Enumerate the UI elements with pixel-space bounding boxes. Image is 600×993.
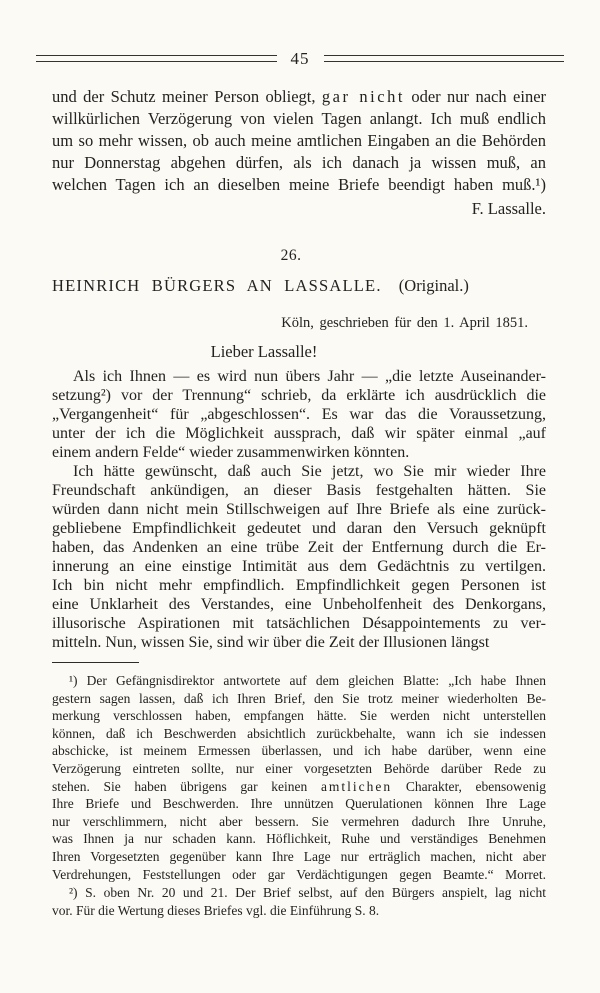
text-line: welchen Tagen ich an dieselben meine Bri… [52,174,546,196]
text-line: abschicke, ist meinem Ermessen überlasse… [52,742,546,760]
text-line: Ich hätte gewünscht, daß auch Sie jetzt,… [52,462,546,481]
text-line: einem andern Felde“ wieder zusammenwirke… [52,443,546,462]
text-line: merkung verschlossen haben, empfangen hä… [52,707,546,725]
text-line: ¹) Der Gefängnisdirektor antwortete auf … [52,672,546,690]
text-line: Verzögerung eintreten sollte, nur einer … [52,760,546,778]
text-segment: und der Schutz meiner Person obliegt, [52,87,322,106]
heading-title: HEINRICH BÜRGERS AN LASSALLE. [52,276,382,295]
salutation: Lieber Lassalle! [52,342,476,362]
letterspaced-text: amtlichen [321,779,392,794]
text-line: Ich bin nicht mehr empfindlich. Empfindl… [52,576,546,595]
text-line: haben, das Andenken an eine trübe Zeit d… [52,538,546,557]
footnote-1: ¹) Der Gefängnisdirektor antwortete auf … [52,672,546,883]
footnote-separator-rule [52,662,139,663]
letter-continuation-paragraph: und der Schutz meiner Person obliegt, ga… [52,86,546,196]
text-line: Als ich Ihnen — es wird nun übers Jahr —… [52,367,546,386]
letter-paragraph-2: Ich hätte gewünscht, daß auch Sie jetzt,… [52,462,546,652]
text-line: gestern sagen lassen, daß ich Ihren Brie… [52,690,546,708]
text-segment: stehen. Sie haben übrigens gar keinen [52,779,321,794]
text-segment: oder nur nach einer [405,87,546,106]
text-line: Verdrehungen, Feststellungen oder gar Ve… [52,866,546,884]
text-line: unter der ich die Möglichkeit aussprach,… [52,424,546,443]
text-line: eine Unklarheit des Verstandes, eine Unb… [52,595,546,614]
text-line: gebliebene Empfindlichkeit gedeutet und … [52,519,546,538]
letterspaced-text: gar nicht [322,87,405,106]
text-line: ²) S. oben Nr. 20 und 21. Der Brief selb… [52,884,546,902]
text-line: Freundschaft ankündigen, an dieser Basis… [52,481,546,500]
text-line: vor. Für die Wertung dieses Briefes vgl.… [52,902,546,920]
letter-paragraph-1: Als ich Ihnen — es wird nun übers Jahr —… [52,367,546,462]
text-line: willkürlichen Verzögerung von vielen Tag… [52,108,546,130]
page-number: 45 [291,51,310,66]
text-line: stehen. Sie haben übrigens gar keinen am… [52,778,546,796]
section-number: 26. [52,247,530,265]
text-line: können, daß ich Beschwerden absichtlich … [52,725,546,743]
text-line: nur Donnerstag abgehen dürfen, als ich d… [52,152,546,174]
text-line: um so mehr wissen, ob auch meine amtlich… [52,130,546,152]
letter-signature: F. Lassalle. [52,199,548,219]
text-line: illusorische Aspirationen mit tatsächlic… [52,614,546,633]
footnote-2: ²) S. oben Nr. 20 und 21. Der Brief selb… [52,884,546,919]
text-line: setzung²) vor der Trennung“ schrieb, da … [52,386,546,405]
text-line: Ihren Vorgesetzten gegenüber kann Ihre L… [52,848,546,866]
text-line: würden dann nicht mein Stillschweigen au… [52,500,546,519]
text-line: Ihre Briefe und Beschwerden. Ihre unnütz… [52,795,546,813]
header-rule-left [36,55,277,62]
heading-original-note: (Original.) [399,276,469,295]
letter-heading: HEINRICH BÜRGERS AN LASSALLE. (Original.… [52,276,546,296]
dateline: Köln, geschrieben für den 1. April 1851. [52,315,528,332]
book-page: 45 und der Schutz meiner Person obliegt,… [0,0,600,993]
text-line: mitteln. Nun, wissen Sie, sind wir über … [52,633,546,652]
text-line: und der Schutz meiner Person obliegt, ga… [52,86,546,108]
header-rule-right [324,55,565,62]
text-line: innerung an eine einstige Intimität aus … [52,557,546,576]
text-segment: Charakter, ebensowenig [392,779,546,794]
text-line: nur verschlimmern, nicht aber bessern. S… [52,813,546,831]
page-header: 45 [36,51,564,66]
text-line: „Vergangenheit“ für „abgeschlossen“. Es … [52,405,546,424]
text-line: was Ihnen ja nur schaden kann. Höflichke… [52,830,546,848]
